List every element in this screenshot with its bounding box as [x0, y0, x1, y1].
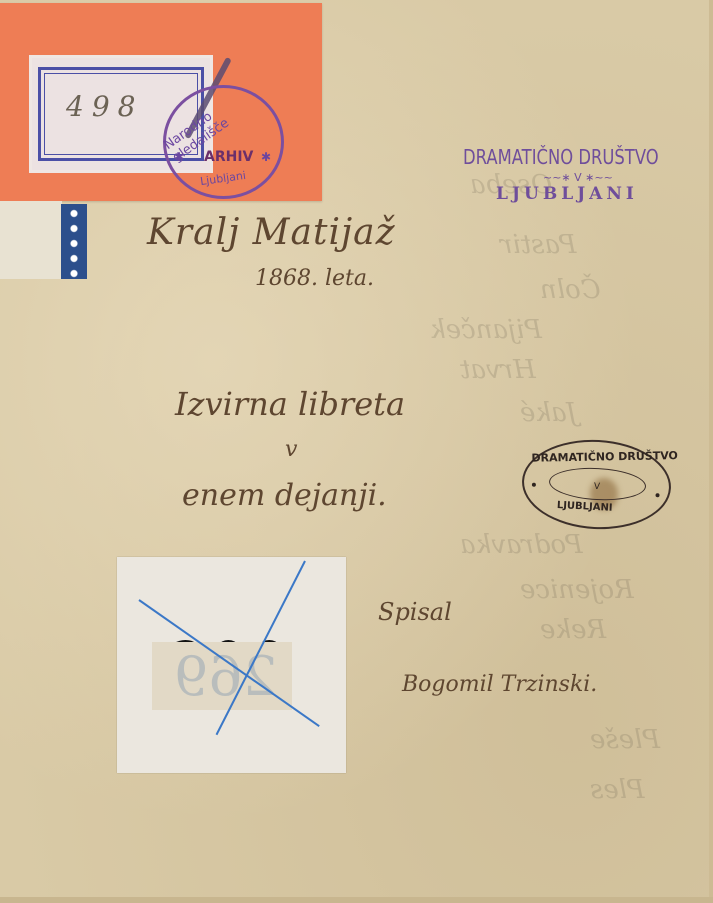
- bleed-through-text: Reke: [540, 615, 606, 645]
- oval-stamp-name: DRAMATIČNO DRUŠTVO: [531, 449, 678, 465]
- document-title: Kralj Matijaž: [147, 212, 396, 253]
- bleed-through-text: Podravka: [460, 530, 583, 560]
- stamp-number: 498: [66, 90, 143, 123]
- document-acts: enem dejanji.: [182, 478, 387, 513]
- bleed-through-text: Jaké: [520, 398, 577, 428]
- star-icon: ✱: [261, 150, 271, 164]
- oval-society-stamp: DRAMATIČNO DRUŠTVO V LJUBLJANI: [520, 436, 673, 533]
- document-subtitle: Izvirna libreta: [175, 385, 405, 423]
- dot-icon: [532, 483, 536, 487]
- wrote-label: Spisal: [378, 598, 452, 626]
- preposition: v: [285, 437, 297, 462]
- document-page: Oseba Pastir Čoln Pijanček Hrvat Jaké Po…: [0, 0, 713, 903]
- dot-icon: [655, 493, 659, 497]
- bleed-through-text: Pastir: [500, 230, 576, 260]
- star-icon: ✱: [174, 150, 184, 164]
- bleed-through-text: Čoln: [540, 275, 601, 305]
- archive-round-stamp: Narodno gledališče ✱ ✱ ARHIV Ljubljani: [163, 85, 284, 199]
- catalogue-card: 200 269: [117, 557, 346, 773]
- bleed-through-text: Pijanček: [430, 315, 542, 345]
- round-stamp-center: ARHIV: [204, 149, 253, 165]
- sticker-number: 269: [174, 645, 277, 708]
- bleed-through-text: Pleše: [590, 725, 660, 755]
- archive-label: 498 Narodno gledališče ✱ ✱ ARHIV Ljublja…: [0, 3, 322, 201]
- card-sticker: 269: [152, 642, 292, 710]
- author-name: Bogomil Trzinski.: [402, 672, 597, 697]
- oval-stamp-middle: V: [594, 482, 601, 492]
- oval-stamp-city: LJUBLJANI: [557, 500, 613, 514]
- bleed-through-text: Ples: [590, 775, 645, 805]
- bleed-through-text: Rojenice: [520, 575, 634, 605]
- ornament-strip: [61, 204, 87, 279]
- round-stamp-city: Ljubljani: [199, 169, 246, 188]
- society-stamp-ornament: ~~∗ V ∗~~: [463, 171, 713, 184]
- society-stamp-name: DRAMATIČNO DRUŠTVO: [463, 145, 668, 169]
- society-stamp: DRAMATIČNO DRUŠTVO ~~∗ V ∗~~ LJUBLJANI: [463, 145, 713, 204]
- paper-tab: [0, 201, 62, 279]
- document-year: 1868. leta.: [255, 266, 374, 291]
- bleed-through-text: Hrvat: [460, 355, 536, 385]
- society-stamp-city: LJUBLJANI: [463, 184, 713, 204]
